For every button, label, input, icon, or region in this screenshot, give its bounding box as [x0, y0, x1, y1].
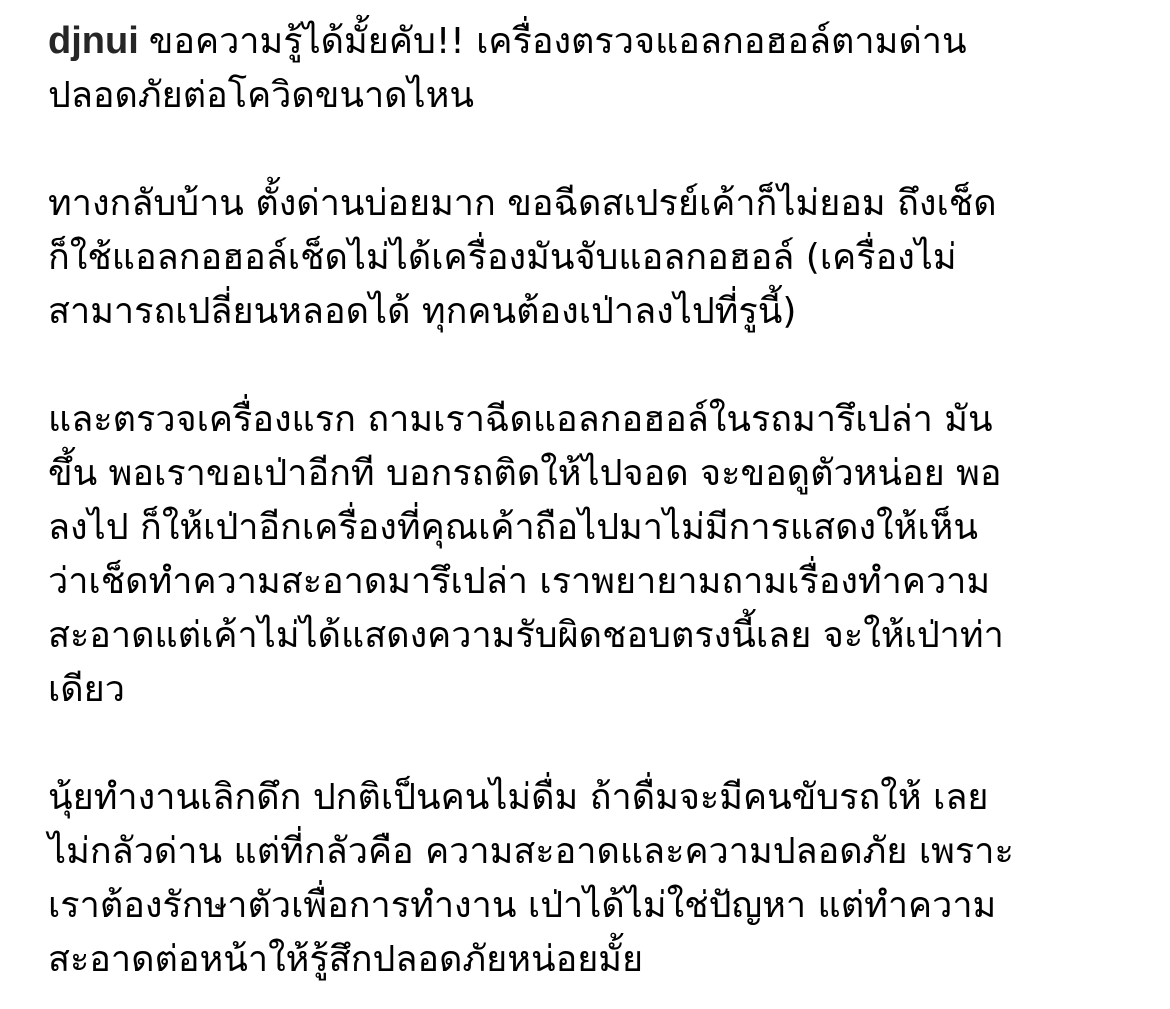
comment-line: และตรวจเครื่องแรก ถามเราฉีดแอลกอฮอล์ในรถ…	[48, 393, 1128, 447]
comment-line: ไม่กลัวด่าน แต่ที่กลัวคือ ความสะอาดและคว…	[48, 825, 1128, 879]
comment-line: ปลอดภัยต่อโควิดขนาดไหน	[48, 69, 1128, 123]
comment-line: djnuiขอความรู้ได้มั้ยคับ!! เครื่องตรวจแอ…	[48, 14, 1128, 69]
comment-line: เดียว	[48, 663, 1128, 717]
comment-line: ลงไป ก็ให้เป่าอีกเครื่องที่คุณเค้าถือไปม…	[48, 501, 1128, 555]
comment-line: นุ้ยทำงานเลิกดึก ปกติเป็นคนไม่ดื่ม ถ้าดื…	[48, 771, 1128, 825]
comment-line: สะอาดต่อหน้าให้รู้สึกปลอดภัยหน่อยมั้ย	[48, 933, 1128, 987]
paragraph-3: และตรวจเครื่องแรก ถามเราฉีดแอลกอฮอล์ในรถ…	[48, 393, 1128, 717]
comment-line: ขึ้น พอเราขอเป่าอีกที บอกรถติดให้ไปจอด จ…	[48, 447, 1128, 501]
comment-line: สะอาดแต่เค้าไม่ได้แสดงความรับผิดชอบตรงนี…	[48, 609, 1128, 663]
paragraph-2: ทางกลับบ้าน ตั้งด่านบ่อยมาก ขอฉีดสเปรย์เ…	[48, 177, 1128, 339]
paragraph-1: djnuiขอความรู้ได้มั้ยคับ!! เครื่องตรวจแอ…	[48, 14, 1128, 123]
comment-body: djnuiขอความรู้ได้มั้ยคับ!! เครื่องตรวจแอ…	[48, 14, 1128, 987]
comment-line: ก็ใช้แอลกอฮอล์เช็ดไม่ได้เครื่องมันจับแอล…	[48, 231, 1128, 285]
username-link[interactable]: djnui	[48, 20, 139, 62]
paragraph-4: นุ้ยทำงานเลิกดึก ปกติเป็นคนไม่ดื่ม ถ้าดื…	[48, 771, 1128, 987]
comment-line: ว่าเช็ดทำความสะอาดมารึเปล่า เราพยายามถาม…	[48, 555, 1128, 609]
comment-line: ทางกลับบ้าน ตั้งด่านบ่อยมาก ขอฉีดสเปรย์เ…	[48, 177, 1128, 231]
comment-line: เราต้องรักษาตัวเพื่อการทำงาน เป่าได้ไม่ใ…	[48, 879, 1128, 933]
comment-text: ขอความรู้ได้มั้ยคับ!! เครื่องตรวจแอลกอฮอ…	[149, 21, 967, 62]
comment-line: สามารถเปลี่ยนหลอดได้ ทุกคนต้องเป่าลงไปที…	[48, 285, 1128, 339]
